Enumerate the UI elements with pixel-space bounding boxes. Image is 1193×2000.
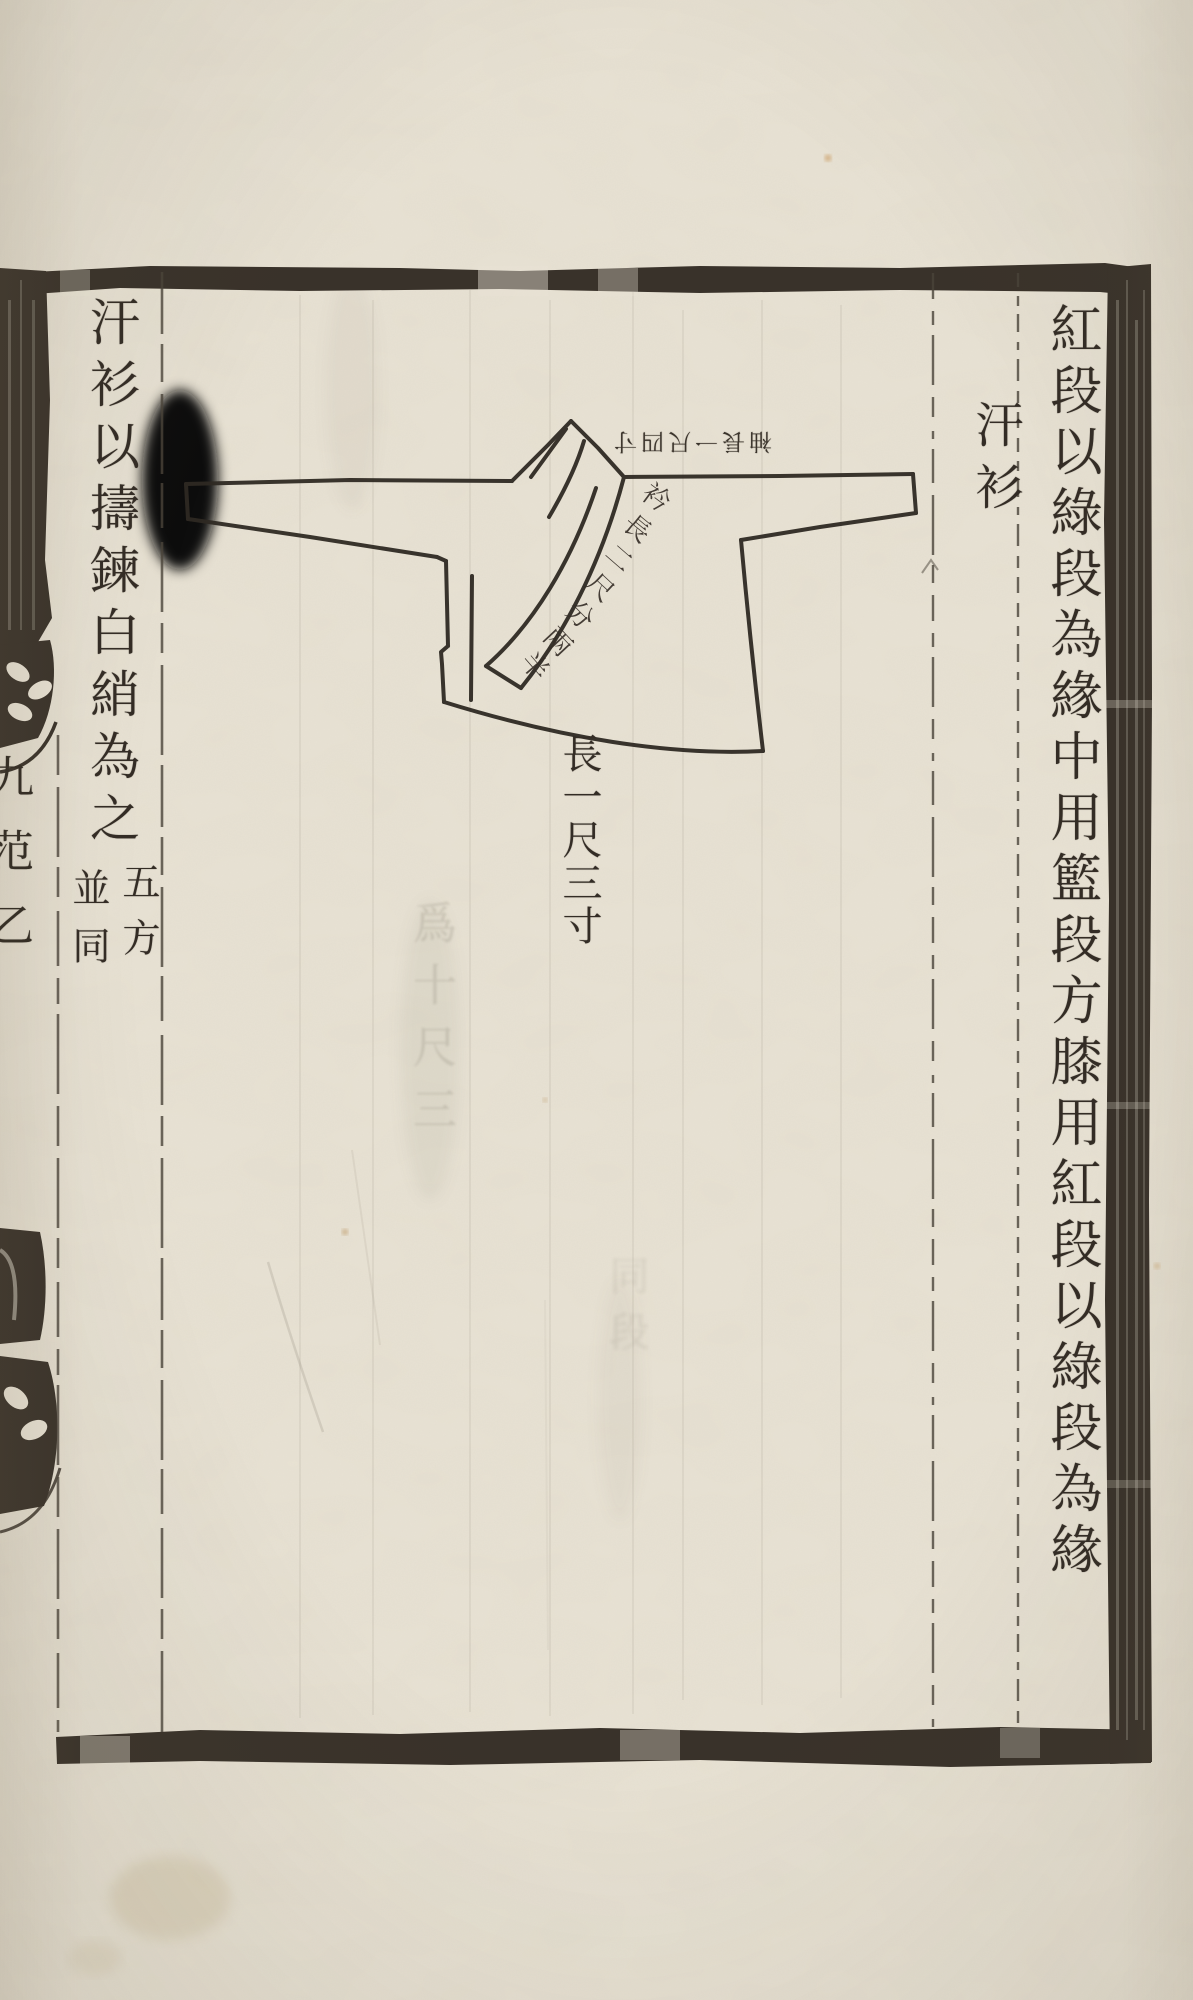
right-description-column: 紅段以綠段為緣中用籃段方膝用紅段以綠段為緣 [1032,302,1096,1583]
garment-front-panel-edge [471,576,472,700]
bleedthrough-text: 爲十尺三 [398,900,452,1148]
bleedthrough-text: 同段 [596,1255,646,1367]
left-annotation-second: 並同 [60,868,106,984]
spine-strip [0,268,52,650]
section-heading: 汗衫 [946,400,1018,524]
left-description-column: 汗衫以擣鍊白綃為之 [70,296,136,854]
woodblock-book-page: 衿 長 二 尺 分 兩 半 爲十尺三 同段 紅段以綠段為緣中用籃段方膝用紅段以綠… [0,0,1193,2000]
left-annotation-first: 五方 [110,862,156,974]
body-length-label: 長一尺三寸 [549,733,599,948]
sleeve-length-label-upside-down: 袖長一尺四寸 [608,421,774,461]
spine-block-lower [0,1228,46,1344]
spine-marks: 九范乙 [0,754,29,976]
frame-bottom [56,1727,1151,1767]
spine-marks-clip: 九范乙 [0,750,34,1010]
paper-grain [0,0,1193,2000]
garment-left-sleeve-end [186,484,188,519]
page-graphics: 衿 長 二 尺 分 兩 半 [0,0,1193,2000]
